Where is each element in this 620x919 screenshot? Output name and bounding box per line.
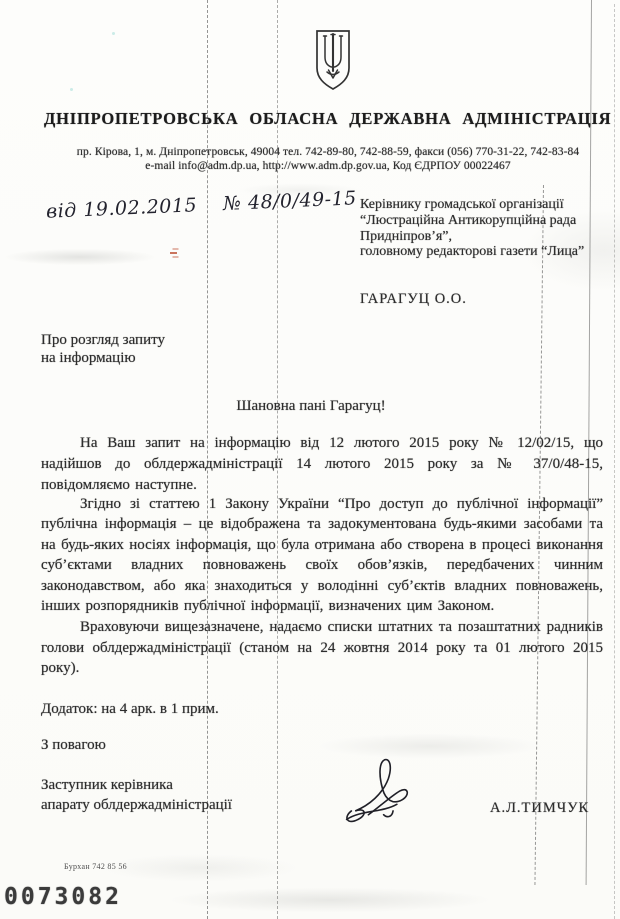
org-address-line1: пр. Кірова, 1, м. Дніпропетровськ, 49004… (50, 146, 606, 160)
handwritten-ref-number: № 48/0/49-15 (223, 187, 358, 215)
ukraine-trident-emblem-icon (313, 28, 353, 94)
subject-line1: Про розгляд запиту (41, 332, 165, 350)
reference-line: від 19.02.2015№ 48/0/49-15 (46, 187, 358, 223)
org-name-title: ДНІПРОПЕТРОВСЬКА ОБЛАСНА ДЕРЖАВНА АДМІНІ… (44, 109, 610, 129)
scan-fold-line (614, 4, 615, 919)
recipient-line: головному редакторові газети “Лица” (360, 244, 612, 260)
recipient-line: Керівнику громадської організації (360, 197, 612, 213)
signer-position: Заступник керівника апарату облдержадмін… (41, 775, 232, 815)
handwritten-date: від 19.02.2015 (46, 194, 198, 223)
subject-line2: на інформацію (41, 350, 165, 368)
body-paragraph-1: На Ваш запит на інформацію від 12 лютого… (41, 433, 603, 496)
recipient-line: “Люстраційна Антикорупційна рада (360, 213, 612, 229)
subject-block: Про розгляд запиту на інформацію (41, 332, 165, 367)
signer-position-line2: апарату облдержадміністрації (41, 795, 232, 815)
org-address-line2: e-mail info@adm.dp.ua, http://www.adm.dp… (50, 160, 606, 174)
registration-stamp-number: 0073082 (4, 884, 122, 910)
salutation: Шановна пані Гарагуц! (41, 398, 581, 415)
body-paragraph-2: Згідно зі статтею 1 Закону України “Про … (41, 494, 603, 616)
recipient-block: Керівнику громадської організації “Люстр… (360, 197, 612, 260)
scan-speck (112, 32, 115, 35)
regards-line: З повагою (41, 737, 106, 754)
executor-note: Бурхан 742 85 56 (64, 862, 127, 871)
attachment-note: Додаток: на 4 арк. в 1 прим. (41, 701, 219, 718)
handwritten-signature (340, 750, 430, 834)
signer-name: А.Л.ТИМЧУК (490, 800, 589, 817)
body-paragraph-3: Враховуючи вищезазначене, надаємо списки… (41, 617, 603, 679)
recipient-line: Придніпров’я”, (360, 229, 612, 245)
scan-speck (70, 88, 73, 91)
scanned-letter: ДНІПРОПЕТРОВСЬКА ОБЛАСНА ДЕРЖАВНА АДМІНІ… (0, 0, 620, 919)
recipient-name: ГАРАГУЦ О.О. (360, 291, 467, 308)
org-address: пр. Кірова, 1, м. Дніпропетровськ, 49004… (50, 146, 606, 173)
signer-position-line1: Заступник керівника (41, 775, 232, 795)
red-ink-mark (170, 252, 177, 254)
